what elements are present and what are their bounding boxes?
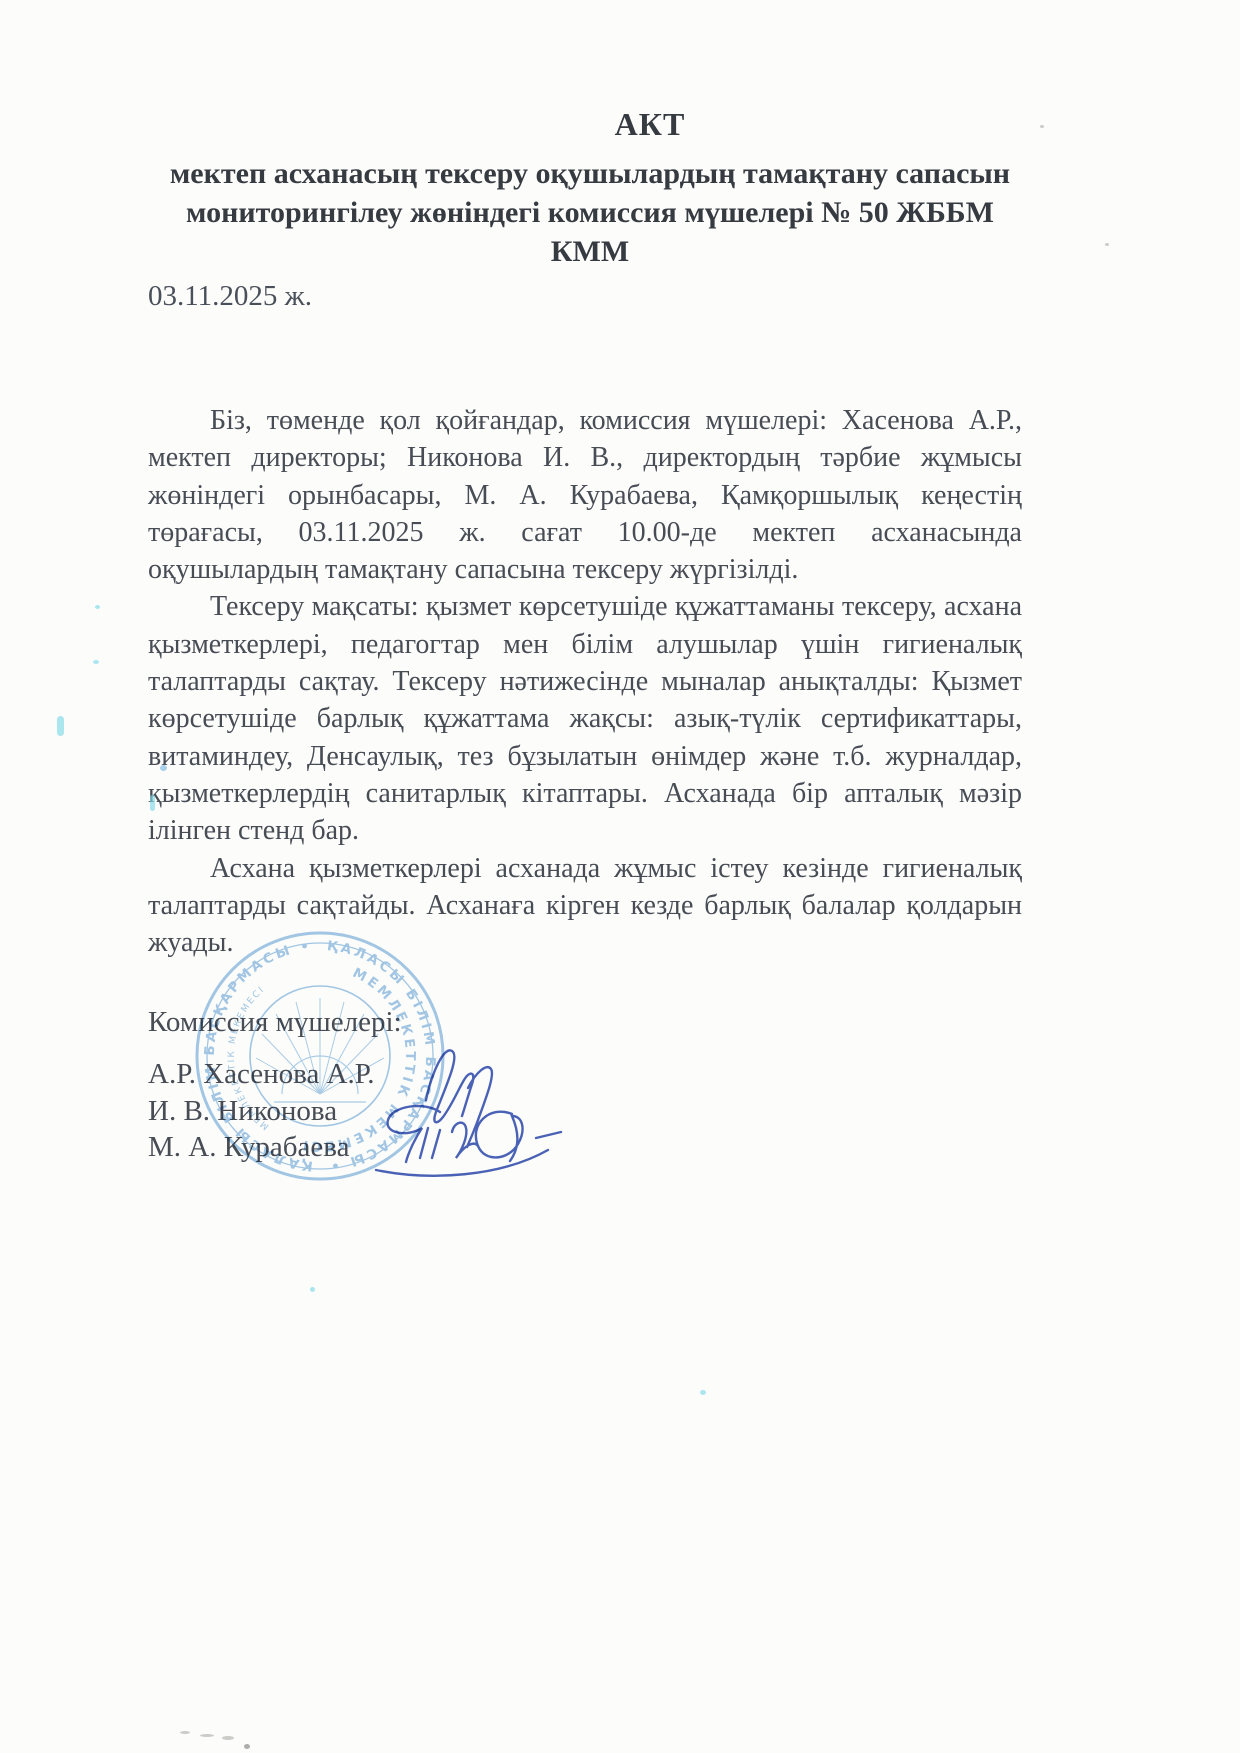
member-name-kurabayeva: М. А. Курабаева	[148, 1129, 375, 1166]
scan-artifact	[57, 716, 64, 736]
scan-artifact	[1105, 243, 1109, 246]
signature-dash	[536, 1132, 561, 1138]
scan-artifact	[700, 1390, 706, 1395]
document-title: АКТ	[150, 106, 1150, 143]
member-name-nikonova: И. В. Никонова	[148, 1093, 375, 1130]
document-date: 03.11.2025 ж.	[148, 280, 312, 313]
signature-kurabayeva	[388, 1106, 440, 1162]
scan-artifact	[244, 1744, 250, 1749]
scan-artifact	[222, 1736, 234, 1740]
commission-members-heading: Комиссия мүшелері:	[148, 1006, 402, 1039]
signature-nikonova-2	[467, 1067, 492, 1147]
scan-artifact	[95, 605, 100, 609]
scan-artifact	[180, 1731, 190, 1734]
signature-nikonova	[426, 1050, 473, 1122]
scan-artifact	[200, 1734, 214, 1737]
paragraph-hygiene: Асхана қызметкерлері асханада жұмыс істе…	[148, 850, 1022, 962]
document-body: Біз, төменде қол қойғандар, комиссия мүш…	[148, 402, 1022, 961]
commission-members-list: А.Р. Хасенова А.Р. И. В. Никонова М. А. …	[148, 1056, 375, 1166]
paragraph-inspection-results: Тексеру мақсаты: қызмет көрсетушіде құжа…	[148, 588, 1022, 849]
scan-artifact	[310, 1287, 315, 1292]
member-name-khassenova: А.Р. Хасенова А.Р.	[148, 1056, 375, 1093]
handwritten-signatures-ink	[340, 1028, 620, 1188]
paragraph-introduction: Біз, төменде қол қойғандар, комиссия мүш…	[148, 402, 1022, 588]
scan-artifact	[93, 660, 99, 664]
signature-underline	[376, 1150, 548, 1176]
document-subtitle: мектеп асханасың тексеру оқушылардың там…	[160, 154, 1020, 271]
scanned-document-page: АКТ мектеп асханасың тексеру оқушылардың…	[0, 0, 1240, 1753]
